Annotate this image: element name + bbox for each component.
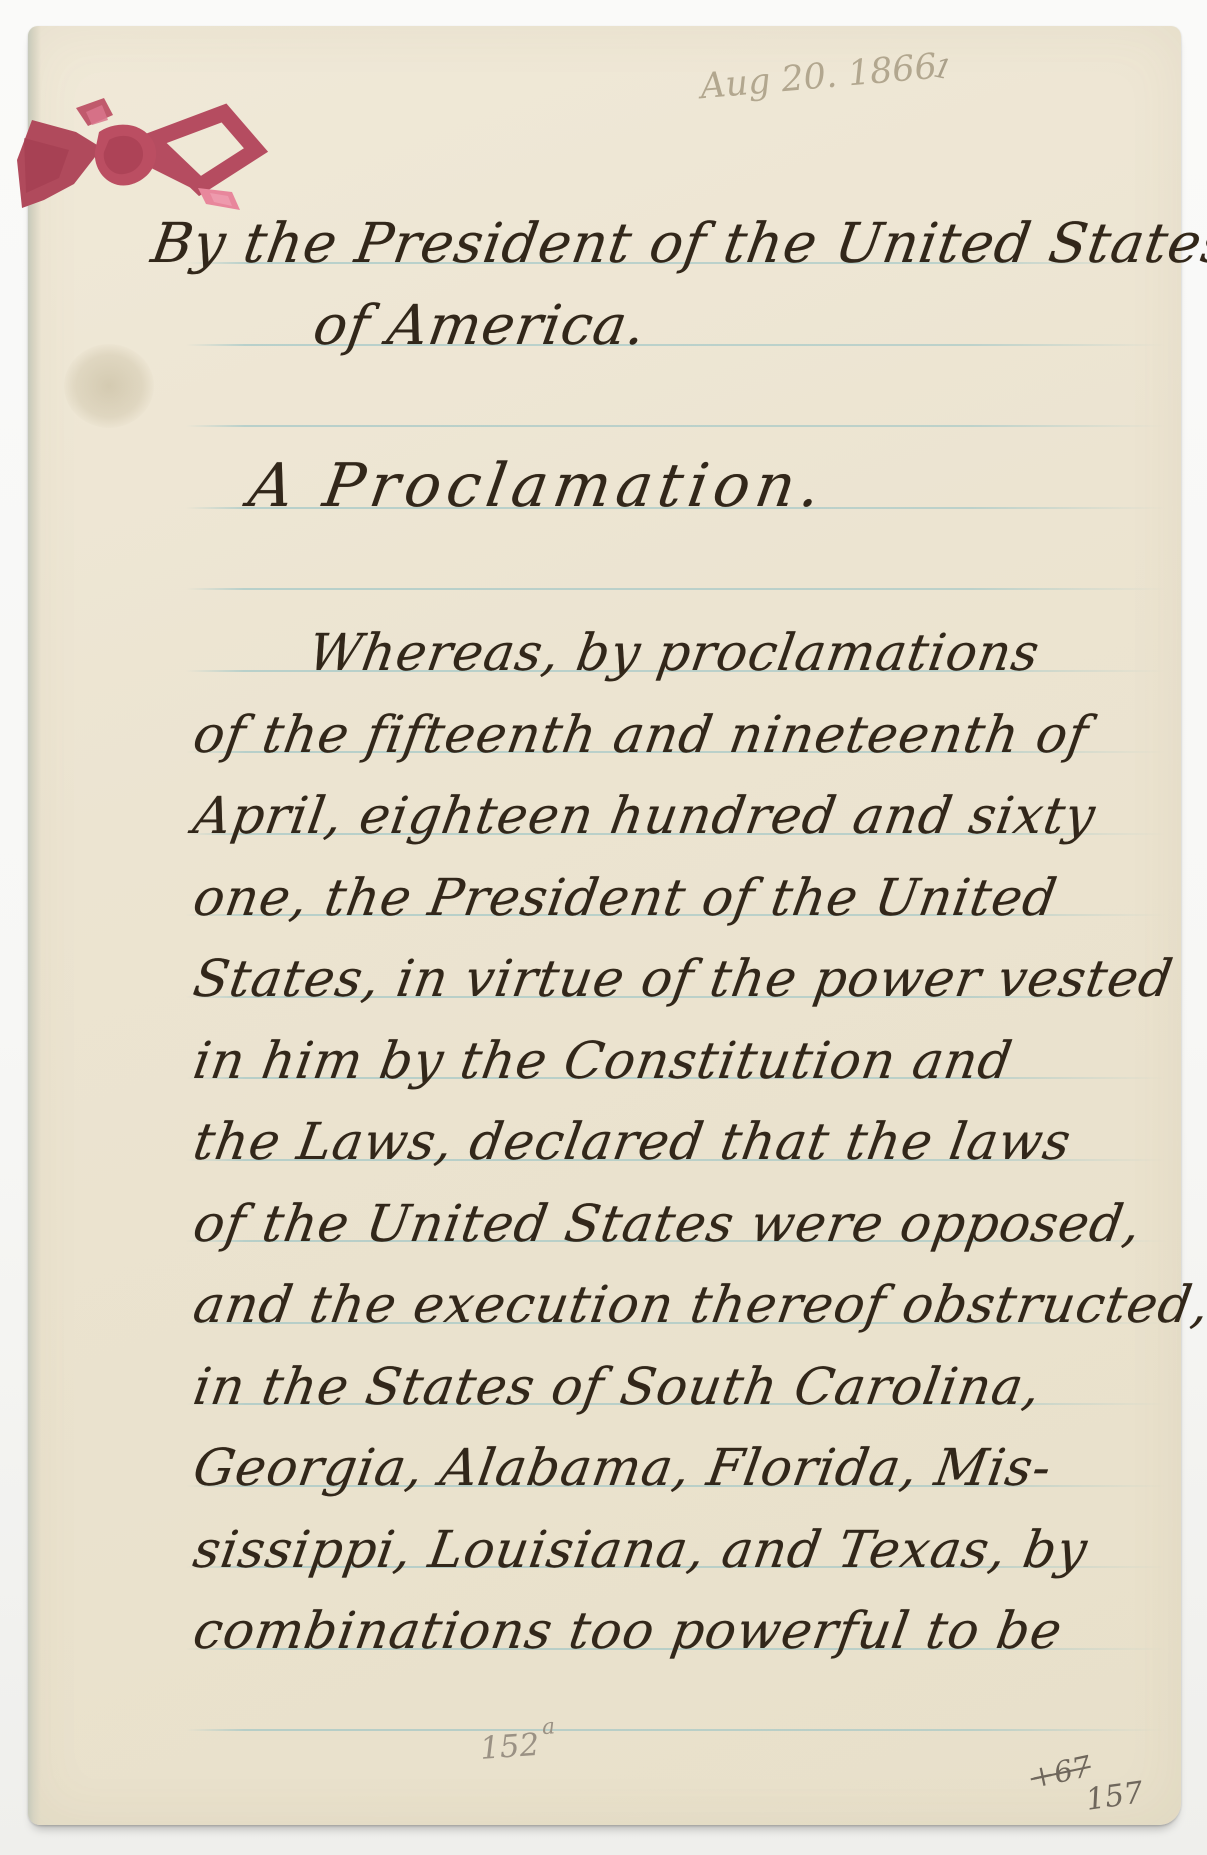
- page-left-edge: [28, 26, 41, 1825]
- manuscript-line: combinations too powerful to be: [190, 1606, 1066, 1657]
- manuscript-line: and the execution thereof obstructed,: [190, 1280, 1207, 1331]
- heading-line-1: By the President of the United States: [148, 216, 1207, 271]
- heading-line-2: of America.: [310, 298, 650, 353]
- subheading: A Proclamation.: [245, 456, 830, 516]
- manuscript-line: in him by the Constitution and: [190, 1036, 1016, 1087]
- folio-suffix: a: [541, 1714, 556, 1740]
- folio-number: 152: [479, 1727, 541, 1767]
- paper-stain: [64, 344, 154, 428]
- manuscript-line: one, the President of the United: [190, 873, 1061, 924]
- manuscript-line: in the States of South Carolina,: [190, 1362, 1045, 1413]
- ruled-line: [186, 425, 1166, 427]
- manuscript-line: States, in virtue of the power vested: [190, 954, 1177, 1005]
- manuscript-line: sissippi, Louisiana, and Texas, by: [190, 1525, 1091, 1576]
- annotation-folio: 152a: [479, 1726, 553, 1765]
- manuscript-page: Aug 20. 1866 1 By the President of the U…: [28, 26, 1181, 1825]
- ruled-line: [186, 588, 1166, 590]
- manuscript-line: of the fifteenth and nineteenth of: [190, 710, 1092, 761]
- manuscript-line: April, eighteen hundred and sixty: [190, 791, 1099, 842]
- manuscript-line: Georgia, Alabama, Florida, Mis-: [190, 1443, 1055, 1494]
- manuscript-line: the Laws, declared that the laws: [190, 1117, 1075, 1168]
- annotation-replacement-number: 157: [1084, 1778, 1145, 1816]
- annotation-date: Aug 20. 1866: [699, 50, 938, 106]
- manuscript-line: Whereas, by proclamations: [305, 628, 1043, 679]
- ruled-line: [186, 1729, 1166, 1731]
- document-scan: { "page": { "annotations": { "date_top_r…: [0, 0, 1207, 1855]
- manuscript-line: of the United States were opposed,: [190, 1199, 1145, 1250]
